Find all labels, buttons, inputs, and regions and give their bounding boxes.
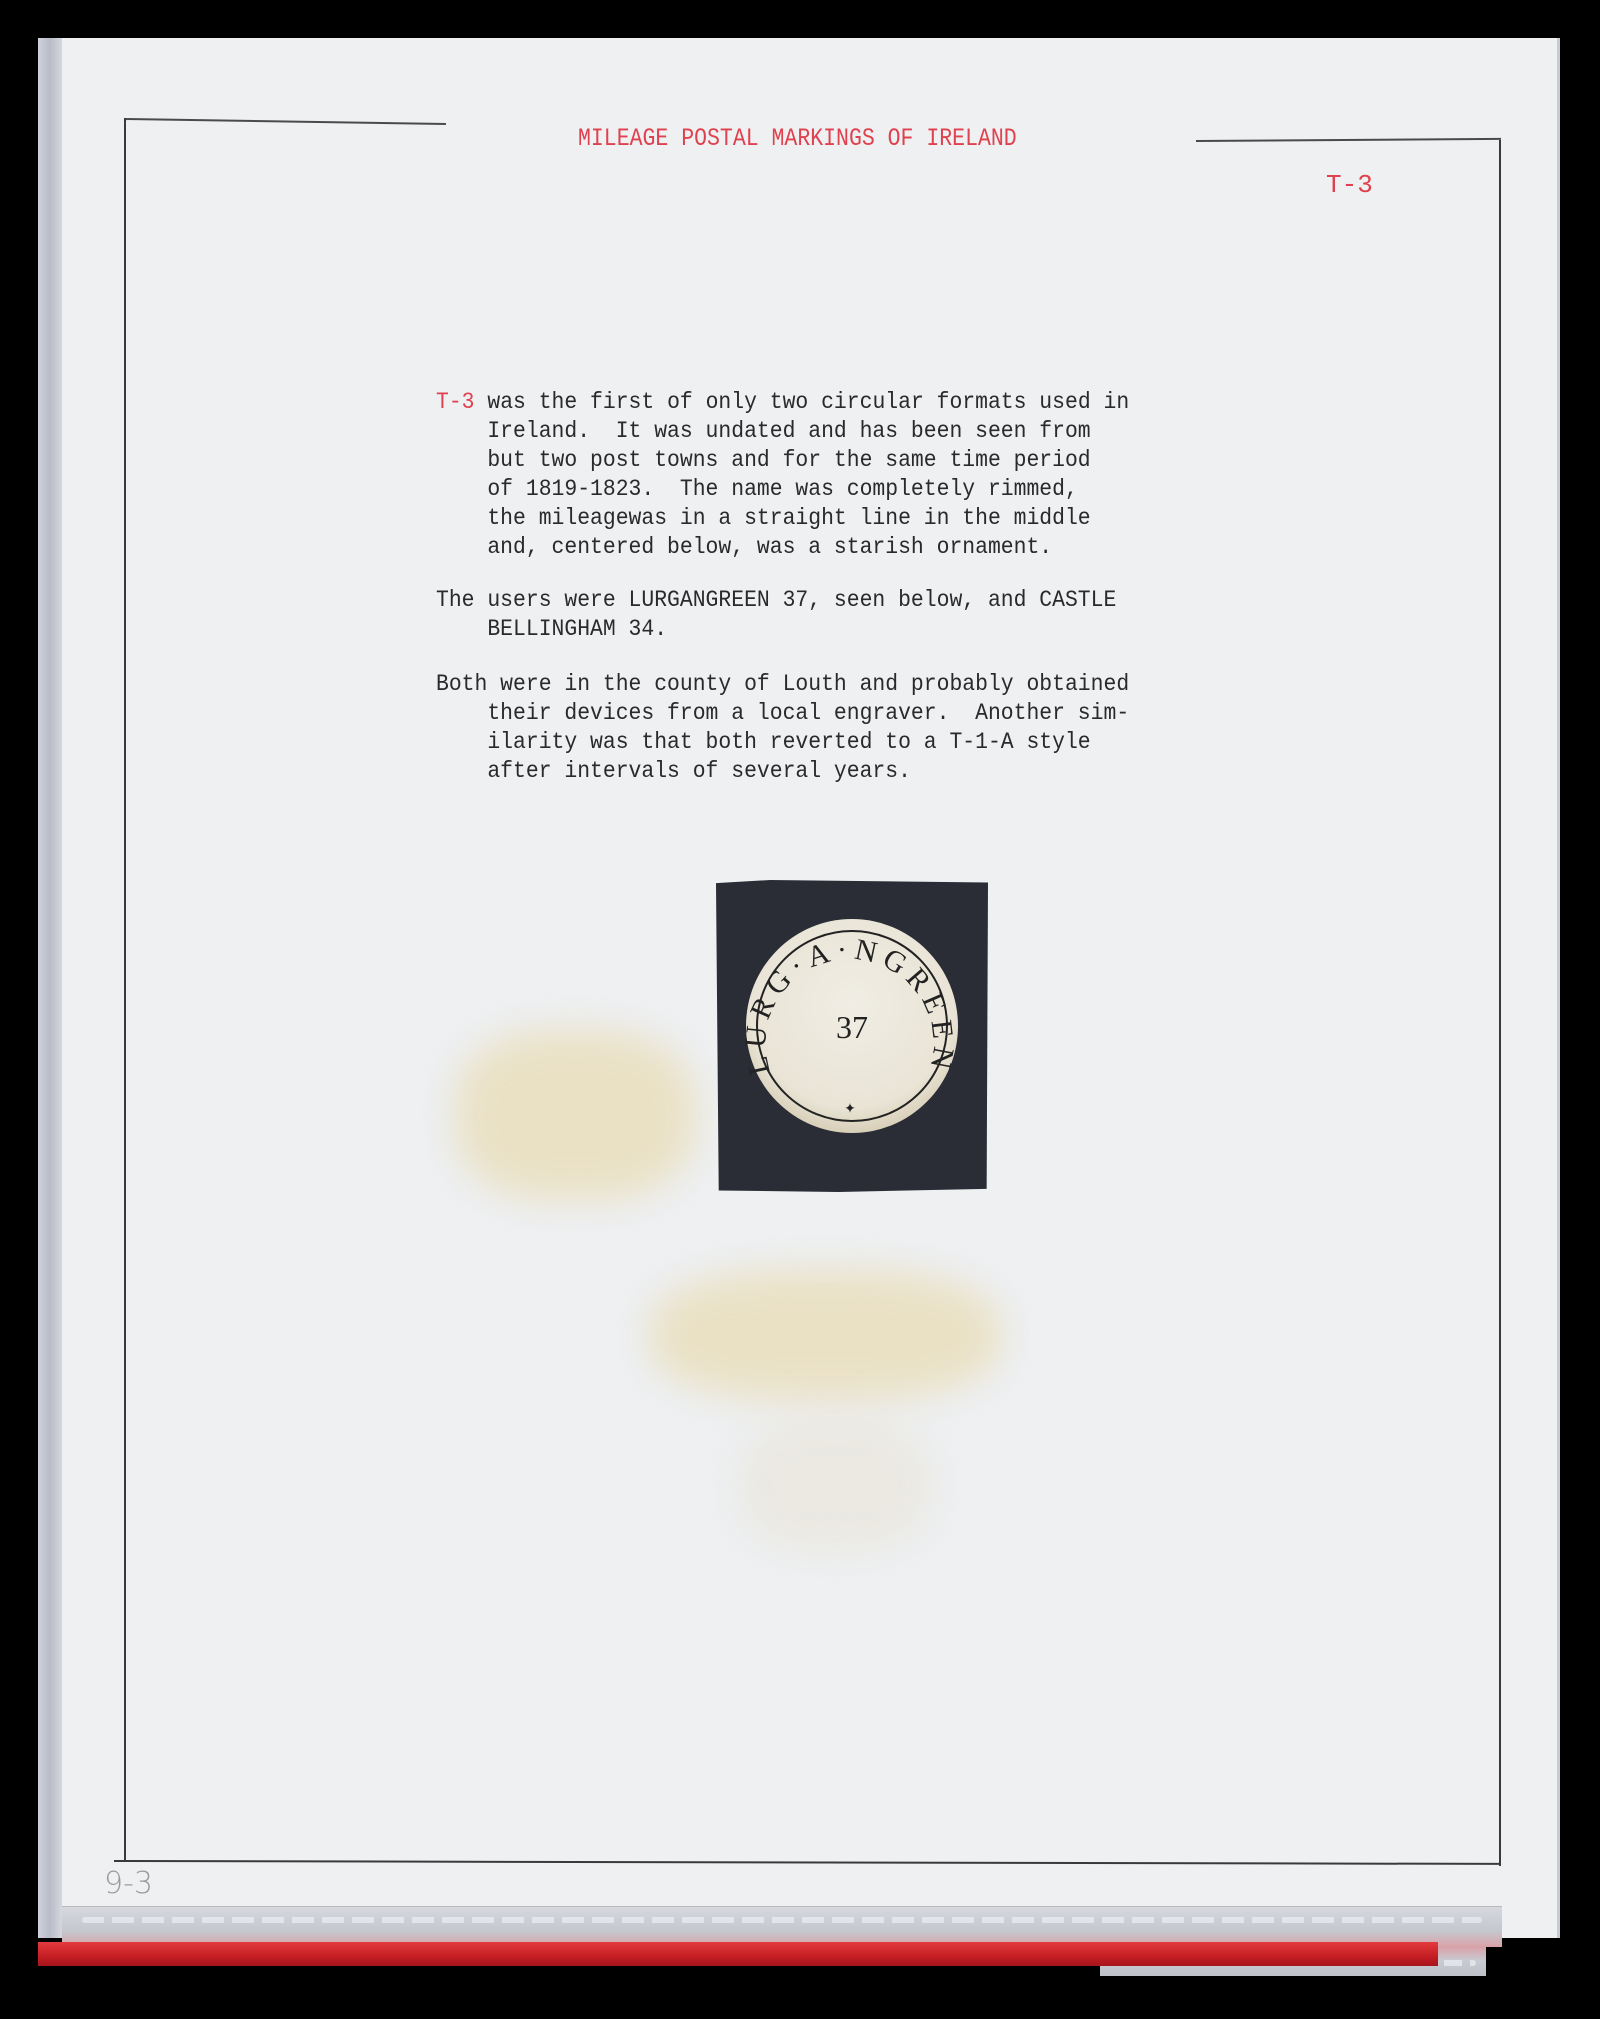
pencil-note: 9-3 — [104, 1866, 153, 1901]
star-ornament-icon: ✦ — [844, 1101, 856, 1117]
paragraph-users: The users were LURGANGREEN 37, seen belo… — [436, 586, 1116, 644]
postmark: LURG·A·NGREEN 37 ✦ — [716, 880, 988, 1192]
page-title: MILEAGE POSTAL MARKINGS OF IRELAND — [578, 124, 1017, 153]
album-binder-red-edge — [38, 1942, 1438, 1966]
frame-line-right — [1499, 140, 1501, 1866]
paper-stain — [650, 1270, 1000, 1400]
album-sleeve-bottom — [62, 1906, 1502, 1947]
frame-line-left — [124, 118, 126, 1860]
postmark-mileage: 37 — [836, 1009, 868, 1045]
paragraph-description: T-3 was the first of only two circular f… — [436, 388, 1129, 562]
paragraph-text: was the first of only two circular forma… — [436, 389, 1129, 560]
stamp-cover-piece: LURG·A·NGREEN 37 ✦ — [716, 880, 988, 1192]
paper-stain — [455, 1030, 695, 1200]
paper-stain — [740, 1420, 930, 1550]
page-code: T-3 — [1326, 170, 1373, 200]
type-reference: T-3 — [436, 389, 475, 415]
paragraph-origin: Both were in the county of Louth and pro… — [436, 670, 1129, 786]
